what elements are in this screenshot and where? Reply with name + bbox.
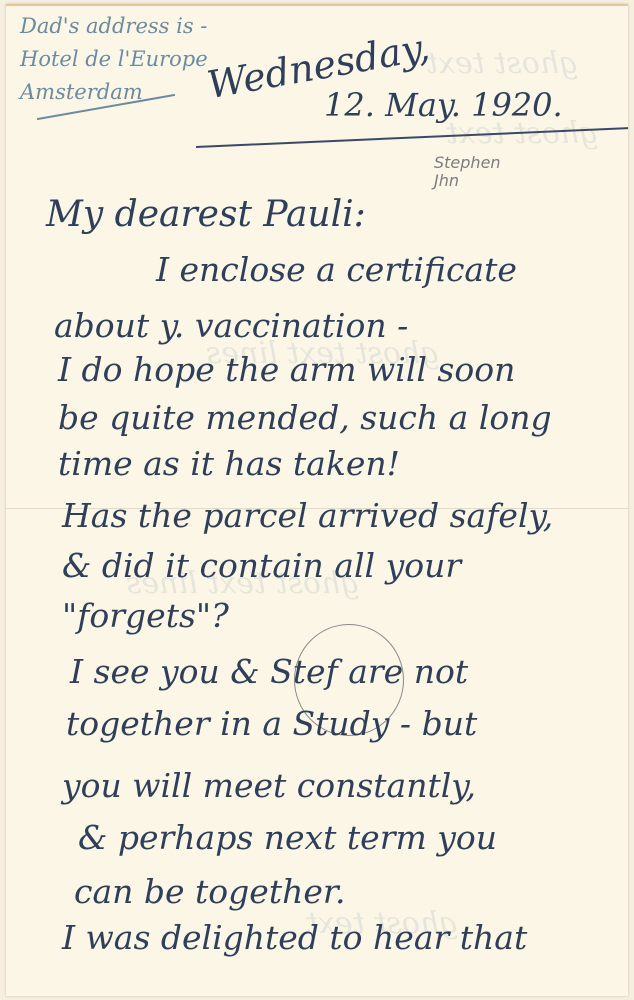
body-line: you will meet constantly,	[62, 766, 476, 805]
letter-page: ghost text ghost text ghost text lines g…	[6, 4, 628, 996]
margin-note-line: Dad's address is -	[20, 10, 208, 43]
margin-note: Dad's address is - Hotel de l'Europe Ams…	[20, 10, 208, 109]
body-line: I do hope the arm will soon	[58, 350, 515, 389]
pencil-annotation: Stephen Jhn	[434, 154, 501, 190]
body-line: together in a Study - but	[66, 704, 477, 743]
body-line: & perhaps next term you	[78, 818, 497, 857]
margin-note-line: Hotel de l'Europe	[20, 43, 208, 76]
body-line: can be together.	[74, 872, 346, 911]
body-line: & did it contain all your	[62, 546, 461, 585]
pencil-annotation-line: Jhn	[434, 172, 501, 190]
pencil-annotation-line: Stephen	[434, 154, 501, 172]
salutation: My dearest Pauli:	[46, 194, 366, 235]
body-line: time as it has taken!	[58, 444, 400, 483]
body-line: be quite mended, such a long	[58, 398, 552, 437]
body-line: I enclose a certificate	[156, 250, 517, 289]
body-line: I was delighted to hear that	[62, 918, 527, 957]
body-line: Has the parcel arrived safely,	[62, 496, 553, 535]
dateline-date: 12. May. 1920.	[324, 86, 563, 124]
reverse-side-bleedthrough: ghost text	[426, 46, 578, 81]
body-line: "forgets"?	[62, 596, 229, 635]
body-line: I see you & Stef are not	[70, 652, 468, 691]
body-line: about y. vaccination -	[54, 306, 408, 345]
